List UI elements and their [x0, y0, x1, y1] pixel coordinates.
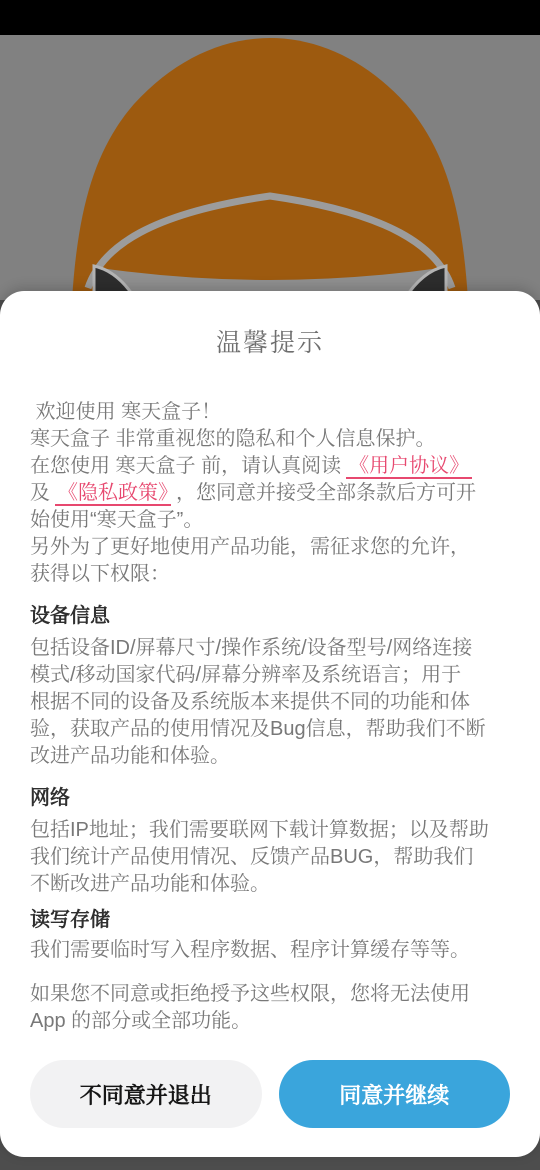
dialog-button-row: 不同意并退出 同意并继续	[30, 1060, 510, 1128]
privacy-policy-link[interactable]: 《隐私政策》	[55, 482, 171, 506]
section-body-storage: 我们需要临时写入程序数据、程序计算缓存等等。	[30, 937, 510, 964]
section-heading-network: 网络	[30, 784, 510, 812]
privacy-dialog: 温馨提示 欢迎使用 寒天盒子！ 寒天盒子 非常重视您的隐私和个人信息保护。 在您…	[0, 291, 540, 1157]
intro-line: 寒天盒子 非常重视您的隐私和个人信息保护。	[30, 426, 510, 453]
intro-line: 始使用“寒天盒子”。	[30, 507, 510, 534]
section-body-device-info: 包括设备ID/屏幕尺寸/操作系统/设备型号/网络连接 模式/移动国家代码/屏幕分…	[30, 635, 510, 770]
intro-text: ，您同意并接受全部条款后方可开	[176, 482, 476, 504]
section-heading-device-info: 设备信息	[30, 602, 510, 630]
section-body-network: 包括IP地址；我们需要联网下载计算数据；以及帮助 我们统计产品使用情况、反馈产品…	[30, 817, 510, 898]
user-agreement-link[interactable]: 《用户协议》	[346, 455, 472, 479]
intro-line: 获得以下权限：	[30, 561, 510, 588]
dialog-title: 温馨提示	[30, 327, 510, 359]
section-heading-storage: 读写存储	[30, 906, 510, 934]
intro-text: 及	[30, 482, 50, 504]
cap-illustration	[0, 0, 540, 300]
intro-line: 在您使用 寒天盒子 前，请认真阅读《用户协议》	[30, 453, 510, 480]
intro-line: 欢迎使用 寒天盒子！	[30, 399, 510, 426]
decline-button[interactable]: 不同意并退出	[30, 1060, 262, 1128]
agree-button[interactable]: 同意并继续	[279, 1060, 511, 1128]
intro-line: 及《隐私政策》，您同意并接受全部条款后方可开	[30, 480, 510, 507]
intro-paragraph: 欢迎使用 寒天盒子！ 寒天盒子 非常重视您的隐私和个人信息保护。 在您使用 寒天…	[30, 399, 510, 588]
footer-note: 如果您不同意或拒绝授予这些权限，您将无法使用 App 的部分或全部功能。	[30, 981, 510, 1035]
intro-text: 在您使用 寒天盒子 前，请认真阅读	[30, 455, 341, 477]
intro-line: 另外为了更好地使用产品功能，需征求您的允许，	[30, 534, 510, 561]
status-bar	[0, 0, 540, 35]
